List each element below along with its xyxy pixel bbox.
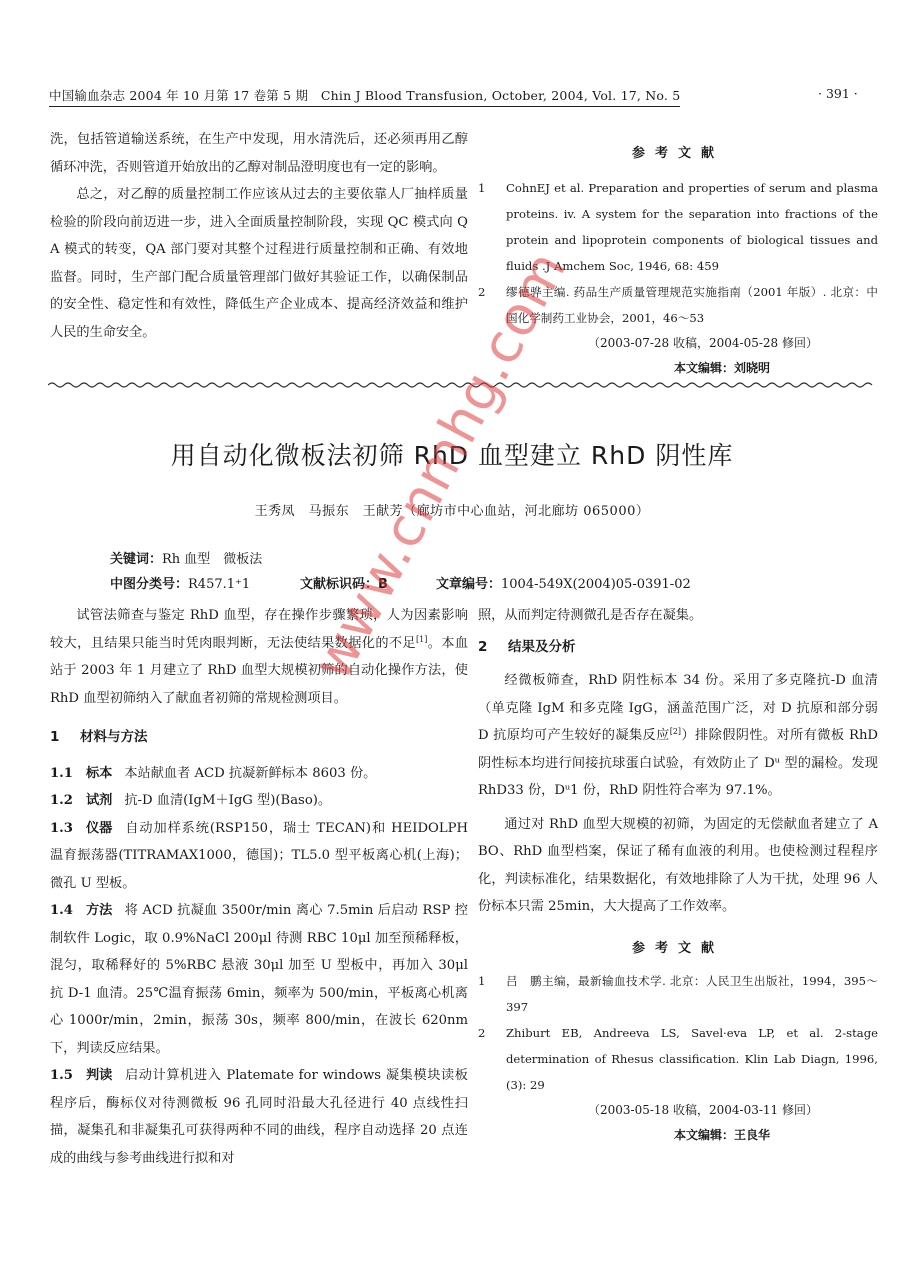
subsection-label: 方法 xyxy=(86,897,112,925)
section-number: 1 xyxy=(50,724,80,752)
subsection-paragraph: 1.1标本本站献血者 ACD 抗凝新鲜标本 8603 份。 xyxy=(50,760,468,788)
doc-code-label: 文献标识码： xyxy=(300,577,378,592)
classification-row: 中图分类号：R457.1⁺1 xyxy=(110,573,250,592)
subsection-text: 将 ACD 抗凝血 3500r/min 离心 7.5min 后启动 RSP 控制… xyxy=(50,903,468,1056)
editor-credit: 本文编辑：王良华 xyxy=(478,1123,878,1148)
reference-number: 2 xyxy=(478,1020,485,1046)
doc-code-value: B xyxy=(378,577,388,592)
reference-item: 2 Zhiburt EB, Andreeva LS, Savel·eva LP,… xyxy=(478,1020,878,1098)
article-authors: 王秀凤 马振东 王献芳（廊坊市中心血站，河北廊坊 065000） xyxy=(0,500,904,519)
section-title: 材料与方法 xyxy=(80,729,148,745)
subsection-number: 1.3 xyxy=(50,815,86,843)
subsection-text: 本站献血者 ACD 抗凝新鲜标本 8603 份。 xyxy=(124,766,376,781)
subsection-label: 仪器 xyxy=(86,815,112,843)
reference-text: 吕 鹏主编，最新输血技术学. 北京：人民卫生出版社，1994，395～397 xyxy=(506,974,878,1014)
reference-item: 1 吕 鹏主编，最新输血技术学. 北京：人民卫生出版社，1994，395～397 xyxy=(478,968,878,1020)
results-paragraph: 通过对 RhD 血型大规模的初筛，为固定的无偿献血者建立了 ABO、RhD 血型… xyxy=(478,811,878,921)
subsection-paragraph: 1.5判读启动计算机进入 Platemate for windows 凝集模块读… xyxy=(50,1062,468,1172)
citation-marker: [2] xyxy=(670,727,681,736)
article-title: 用自动化微板法初筛 RhD 血型建立 RhD 阴性库 xyxy=(0,436,904,472)
reference-list: 1 CohnEJ et al. Preparation and properti… xyxy=(478,175,878,331)
prev-article-left-column: 洗，包括管道输送系统，在生产中发现，用水清洗后，还必须再用乙醇循环冲洗，否则管道… xyxy=(50,126,468,346)
prev-article-references: 参考文献 1 CohnEJ et al. Preparation and pro… xyxy=(478,142,878,381)
references-heading: 参考文献 xyxy=(478,937,878,956)
section-number: 2 xyxy=(478,634,508,662)
subsection-label: 判读 xyxy=(86,1062,112,1090)
subsection-paragraph: 1.4方法将 ACD 抗凝血 3500r/min 离心 7.5min 后启动 R… xyxy=(50,897,468,1062)
section-title: 结果及分析 xyxy=(508,639,576,655)
subsection-text: 启动计算机进入 Platemate for windows 凝集模块读板程序后，… xyxy=(50,1068,468,1166)
received-date: （2003-07-28 收稿，2004-05-28 修回） xyxy=(478,331,878,356)
keywords-row: 关键词：Rh 血型 微板法 xyxy=(110,548,262,567)
prev-article-paragraph: 洗，包括管道输送系统，在生产中发现，用水清洗后，还必须再用乙醇循环冲洗，否则管道… xyxy=(50,126,468,181)
intro-text: 试管法筛查与鉴定 RhD 血型，存在操作步骤繁琐，人为因素影响较大，且结果只能当… xyxy=(50,608,468,651)
subsection-paragraph: 1.2试剂抗-D 血清(IgM＋IgG 型)(Baso)。 xyxy=(50,787,468,815)
continuation-paragraph: 照，从而判定待测微孔是否存在凝集。 xyxy=(478,602,878,630)
results-paragraph: 经微板筛查，RhD 阴性标本 34 份。采用了多克隆抗-D 血清（单克隆 IgM… xyxy=(478,667,878,805)
reference-item: 1 CohnEJ et al. Preparation and properti… xyxy=(478,175,878,279)
reference-text: 缪德骅主编. 药品生产质量管理规范实施指南（2001 年版）. 北京：中国化学制… xyxy=(506,285,878,325)
section-heading: 1材料与方法 xyxy=(50,724,468,752)
subsection-paragraph: 1.3仪器自动加样系统(RSP150，瑞士 TECAN)和 HEIDOLPH 温… xyxy=(50,815,468,898)
page-number: · 391 · xyxy=(818,86,858,101)
clc-label: 中图分类号： xyxy=(110,577,188,592)
reference-number: 1 xyxy=(478,175,485,201)
subsection-text: 自动加样系统(RSP150，瑞士 TECAN)和 HEIDOLPH 温育振荡器(… xyxy=(50,821,468,891)
reference-number: 1 xyxy=(478,968,485,994)
reference-item: 2 缪德骅主编. 药品生产质量管理规范实施指南（2001 年版）. 北京：中国化… xyxy=(478,279,878,331)
article-number-row: 文章编号：1004-549X(2004)05-0391-02 xyxy=(436,573,691,592)
references-heading: 参考文献 xyxy=(478,142,878,161)
reference-text: CohnEJ et al. Preparation and properties… xyxy=(506,181,878,273)
received-date: （2003-05-18 收稿，2004-03-11 修回） xyxy=(478,1098,878,1123)
article-number-value: 1004-549X(2004)05-0391-02 xyxy=(501,577,691,592)
subsection-text: 抗-D 血清(IgM＋IgG 型)(Baso)。 xyxy=(124,793,331,808)
keywords-value: Rh 血型 微板法 xyxy=(162,552,262,567)
citation-marker: [1] xyxy=(416,635,427,644)
article-right-column: 照，从而判定待测微孔是否存在凝集。 2结果及分析 经微板筛查，RhD 阴性标本 … xyxy=(478,602,878,1148)
article-number-label: 文章编号： xyxy=(436,577,501,592)
journal-header: 中国输血杂志 2004 年 10 月第 17 卷第 5 期 Chin J Blo… xyxy=(49,86,680,107)
wavy-divider xyxy=(48,381,882,389)
subsection-number: 1.1 xyxy=(50,760,86,788)
section-heading: 2结果及分析 xyxy=(478,634,878,662)
subsection-label: 试剂 xyxy=(86,787,112,815)
intro-paragraph: 试管法筛查与鉴定 RhD 血型，存在操作步骤繁琐，人为因素影响较大，且结果只能当… xyxy=(50,602,468,712)
subsection-number: 1.5 xyxy=(50,1062,86,1090)
keywords-label: 关键词： xyxy=(110,552,162,567)
reference-list: 1 吕 鹏主编，最新输血技术学. 北京：人民卫生出版社，1994，395～397… xyxy=(478,968,878,1098)
subsection-label: 标本 xyxy=(86,760,112,788)
doc-code-row: 文献标识码：B xyxy=(300,573,388,592)
clc-value: R457.1⁺1 xyxy=(188,577,250,592)
article-left-column: 试管法筛查与鉴定 RhD 血型，存在操作步骤繁琐，人为因素影响较大，且结果只能当… xyxy=(50,602,468,1172)
reference-number: 2 xyxy=(478,279,485,305)
subsection-number: 1.4 xyxy=(50,897,86,925)
reference-text: Zhiburt EB, Andreeva LS, Savel·eva LP, e… xyxy=(506,1026,878,1092)
prev-article-paragraph: 总之，对乙醇的质量控制工作应该从过去的主要依靠人厂抽样质量检验的阶段向前迈进一步… xyxy=(50,181,468,346)
subsection-number: 1.2 xyxy=(50,787,86,815)
editor-credit: 本文编辑：刘晓明 xyxy=(478,356,878,381)
